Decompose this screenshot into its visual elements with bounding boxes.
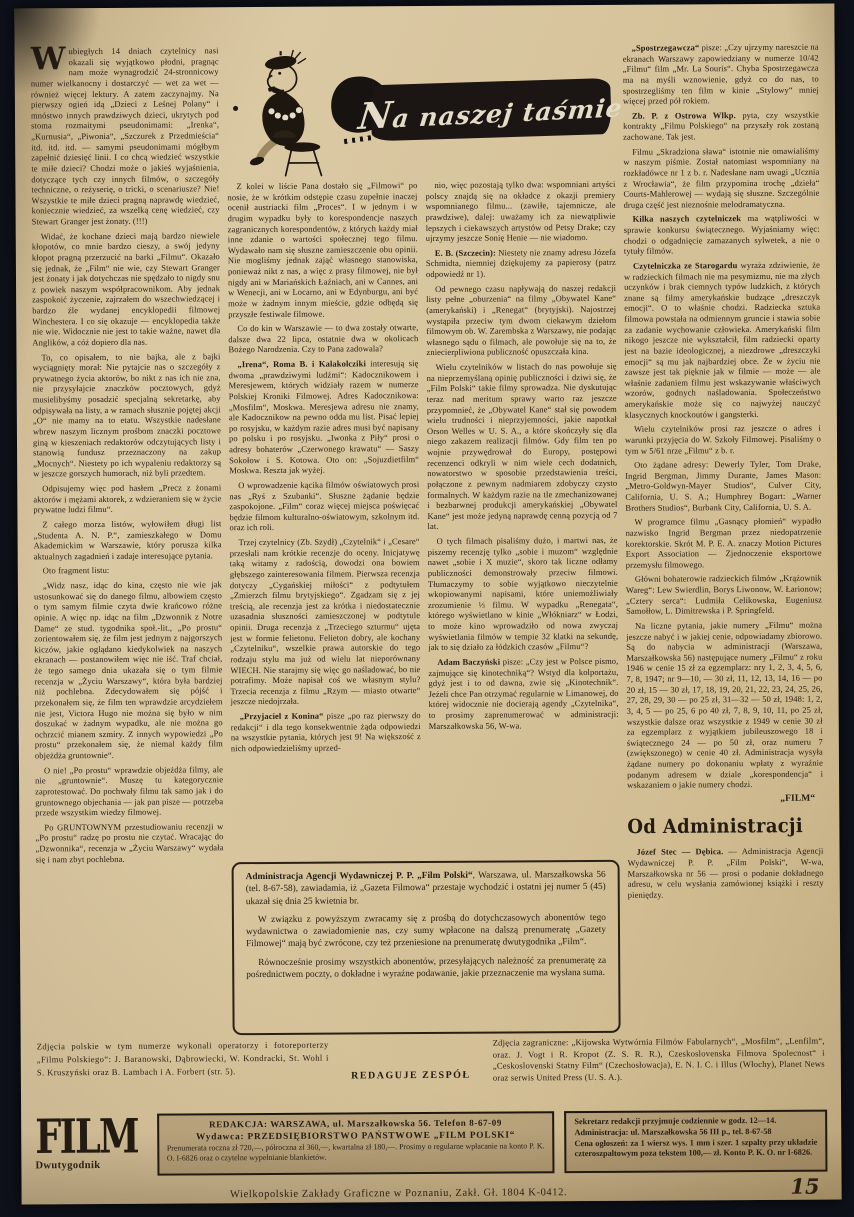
paragraph: Główni bohaterowie radzieckich filmów „K… [626,573,822,617]
redaction-info-box: REDAKCJA: WARSZAWA, ul. Marszałkowska 56… [157,1111,555,1175]
paragraph: Od pewnego czasu napływają do naszej red… [426,282,616,358]
paragraph: Kilka naszych czytelniczek ma wątpliwośc… [624,213,820,257]
bold-lead: „Przyjaciel z Konina“ [240,711,324,722]
od-administracji-heading: Od Administracji [627,814,823,839]
advert-price-line: Cena ogłoszeń: za 1 wiersz wys. 1 mm i s… [574,1137,817,1160]
film-signature: „FILM“ [627,794,815,807]
administration-info-box: Sekretarz redakcji przyjmuje codziennie … [564,1110,827,1174]
paragraph: Józef Stec — Dębica. — Administracja Age… [627,846,823,900]
paragraph: Odpisujemy więc pod hasłem „Precz z żona… [33,482,221,515]
paragraph: nio, więc pozostają tylko dwa: wspomnian… [425,179,615,244]
imprint-row: FILM Dwutygodnik REDAKCJA: WARSZAWA, ul.… [35,1110,827,1177]
section-title: Na naszej taśmie [356,82,625,138]
middle-text-columns: Z kolei w liście Pana dostało się „Filmo… [227,179,619,856]
paragraph: Równocześnie prosimy wszystkich abonentó… [246,955,606,982]
masthead: FILM Dwutygodnik [35,1114,147,1177]
paragraph: W programce filmu „Gasnący płomień“ wypa… [625,516,821,570]
column-2: Z kolei w liście Pana dostało się „Filmo… [227,180,421,856]
column-3: nio, więc pozostają tylko dwa: wspomnian… [425,179,619,855]
paragraph: „Przyjaciel z Konina“ pisze „po raz pier… [231,710,421,754]
paragraph: „Widz nasz, idąc do kina, często nie wie… [34,579,223,761]
paragraph: Czytelniczka ze Starogardu wyraża zdziwi… [624,259,821,420]
paragraph: Adam Baczyński pisze: „Czy jest w Polsce… [428,656,618,732]
magazine-page: Wubiegłych 14 dniach czytelnicy nasi oka… [14,4,841,1205]
paragraph: „Spostrzegawcza“ pisze: „Czy ujrzymy nar… [623,42,819,107]
paragraph: Z całego morza listów, wyłowiłem długi l… [33,518,221,562]
bold-lead: „Irena“, Roma B. i Kalakolcziki [238,358,366,369]
editorial-team-note: REDAGUJE ZESPÓŁ [343,1038,479,1111]
paragraph: W związku z powyższym zwracamy się z pro… [246,912,606,951]
paragraph: Filmu „Skradziona sława“ istotnie nie om… [623,145,819,210]
paragraph: O nie! „Po prostu“ wprawdzie objeżdża fi… [35,764,223,818]
paragraph: „Irena“, Roma B. i Kalakolcziki interesu… [229,358,420,476]
paragraph: Z kolei w liście Pana dostało się „Filmo… [227,180,418,319]
paragraph: Po GRUNTOWNYM przestudiowaniu recenzji w… [35,821,223,865]
paragraph: O tych filmach pisaliśmy dużo, i martwi … [428,535,619,653]
column-4: „Spostrzegawcza“ pisze: „Czy ujrzymy nar… [623,42,825,1033]
paragraph: Administracja Agencji Wydawniczej P. P. … [246,869,606,908]
printer-row: Wielkopolskie Zakłady Graficzne w Poznan… [38,1174,826,1204]
filmstrip-tape: Na naszej taśmie [370,78,612,141]
bold-lead: Józef Stec — Dębica. [636,846,723,857]
paragraph: Oto żądane adresy: Dewerly Tyler, Tom Dr… [625,459,821,513]
paragraph: Wielu czytelników w listach do nas powoł… [427,361,618,532]
credits-row: Zdjęcia polskie w tym numerze wykonali o… [37,1036,825,1113]
paragraph: Oto fragment listu: [34,565,222,577]
filmstrip-title-banner: Na naszej taśmie [337,77,611,143]
header-art-row: Na naszej taśmie [227,43,616,181]
page-number: 15 [759,1174,825,1199]
middle-columns: Na naszej taśmie Z kolei w liście Pana d… [227,43,621,1035]
paragraph: Wielu czytelników prosi raz jeszcze o ad… [625,423,821,456]
drop-cap: W [31,47,66,71]
paragraph: O wprowadzenie kącika filmów oświatowych… [229,479,419,533]
bold-lead: E. B. (Szczecin): [435,247,496,257]
paragraph: Co do kin w Warszawie — to dwa zostały o… [228,322,418,355]
bold-lead: Adam Baczyński [437,656,500,666]
bold-lead: Czytelniczka ze Starogardu [633,260,738,271]
bold-lead: Kilka naszych czytelniczek [633,213,742,224]
paragraph: Wubiegłych 14 dniach czytelnicy nasi oka… [31,45,220,227]
polish-photo-credits: Zdjęcia polskie w tym numerze wykonali o… [37,1039,329,1113]
page-content: Wubiegłych 14 dniach czytelnicy nasi oka… [31,42,825,1037]
paragraph: Widać, że kochane dzieci mają bardzo nie… [32,230,221,348]
film-logo: FILM [35,1116,138,1159]
od-administracji-paragraphs: Józef Stec — Dębica. — Administracja Age… [627,846,823,900]
paragraph: To, co opisałem, to nie bajka, ale z baj… [32,351,221,480]
bold-lead: Zb. P. z Ostrowa Wlkp. [632,110,736,121]
paragraph: Trzej czytelnicy (Zb. Szydł) „Czytelnik“… [230,536,421,707]
column-1: Wubiegłych 14 dniach czytelnicy nasi oka… [31,45,225,1036]
paragraph: Na liczne pytania, jakie numery „Filmu“ … [626,619,823,790]
foreign-photo-credits: Zdjęcia zagraniczne: „Kijowska Wytwórnia… [493,1036,825,1110]
printer-line: Wielkopolskie Zakłady Graficzne w Poznan… [38,1186,760,1201]
column-4-paragraphs: „Spostrzegawcza“ pisze: „Czy ujrzymy nar… [623,42,824,791]
bold-lead: „Spostrzegawcza“ [632,42,700,52]
subscription-line: Prenumerata roczna zł 720,—, półroczna z… [167,1141,545,1164]
paragraph: Zb. P. z Ostrowa Wlkp. pyta, czy wszystk… [623,109,819,142]
gazeta-filmowa-notice-box: Administracja Agencji Wydawniczej P. P. … [232,860,621,1035]
bold-lead: Administracja Agencji Wydawniczej P. P. … [246,871,473,882]
paragraph: E. B. (Szczecin): Niestety nie znamy adr… [426,247,616,280]
cartoon-illustration [227,47,336,180]
